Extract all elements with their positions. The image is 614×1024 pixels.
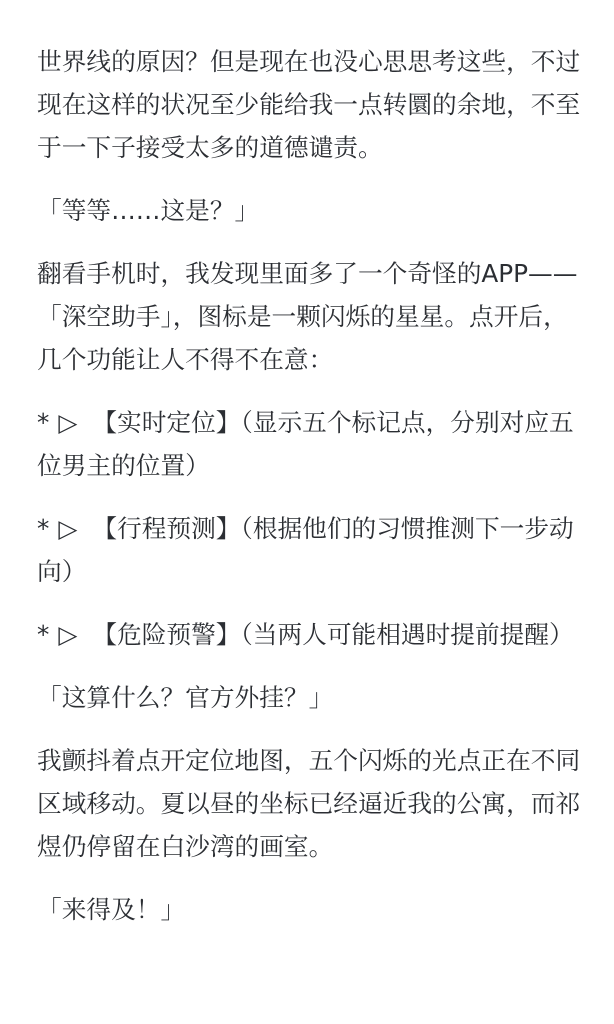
triangle-bullet-icon: ▷ bbox=[58, 401, 77, 444]
feature-list-item-text: 【行程预测】（根据他们的习惯推测下一步动向） bbox=[37, 514, 574, 586]
asterisk-marker: * bbox=[37, 401, 49, 444]
paragraph-narration-worldline: 世界线的原因？但是现在也没心思思考这些，不过现在这样的状况至少能给我一点转圜的余… bbox=[37, 40, 581, 169]
story-text: 世界线的原因？但是现在也没心思思考这些，不过现在这样的状况至少能给我一点转圜的余… bbox=[37, 40, 581, 931]
document-page: 世界线的原因？但是现在也没心思思考这些，不过现在这样的状况至少能给我一点转圜的余… bbox=[0, 0, 614, 1024]
paragraph-narration-phone-app: 翻看手机时，我发现里面多了一个奇怪的APP——「深空助手」，图标是一颗闪烁的星星… bbox=[37, 252, 581, 381]
paragraph-narration-map-dots: 我颤抖着点开定位地图，五个闪烁的光点正在不同区域移动。夏以昼的坐标已经逼近我的公… bbox=[37, 739, 581, 868]
feature-list-item-text: 【实时定位】（显示五个标记点，分别对应五位男主的位置） bbox=[37, 408, 574, 480]
dialogue-line-official-cheat: 「这算什么？官方外挂？」 bbox=[37, 676, 581, 719]
feature-list-item-route-prediction: *▷【行程预测】（根据他们的习惯推测下一步动向） bbox=[37, 507, 581, 593]
dialogue-line-wait: 「等等……这是？」 bbox=[37, 189, 581, 232]
feature-list-item-danger-alert: *▷【危险预警】（当两人可能相遇时提前提醒） bbox=[37, 613, 581, 656]
asterisk-marker: * bbox=[37, 613, 49, 656]
feature-list-item-realtime-location: *▷【实时定位】（显示五个标记点，分别对应五位男主的位置） bbox=[37, 401, 581, 487]
triangle-bullet-icon: ▷ bbox=[58, 613, 77, 656]
feature-list-item-text: 【危险预警】（当两人可能相遇时提前提醒） bbox=[92, 620, 573, 649]
dialogue-line-in-time: 「来得及！」 bbox=[37, 888, 581, 931]
triangle-bullet-icon: ▷ bbox=[58, 507, 77, 550]
asterisk-marker: * bbox=[37, 507, 49, 550]
